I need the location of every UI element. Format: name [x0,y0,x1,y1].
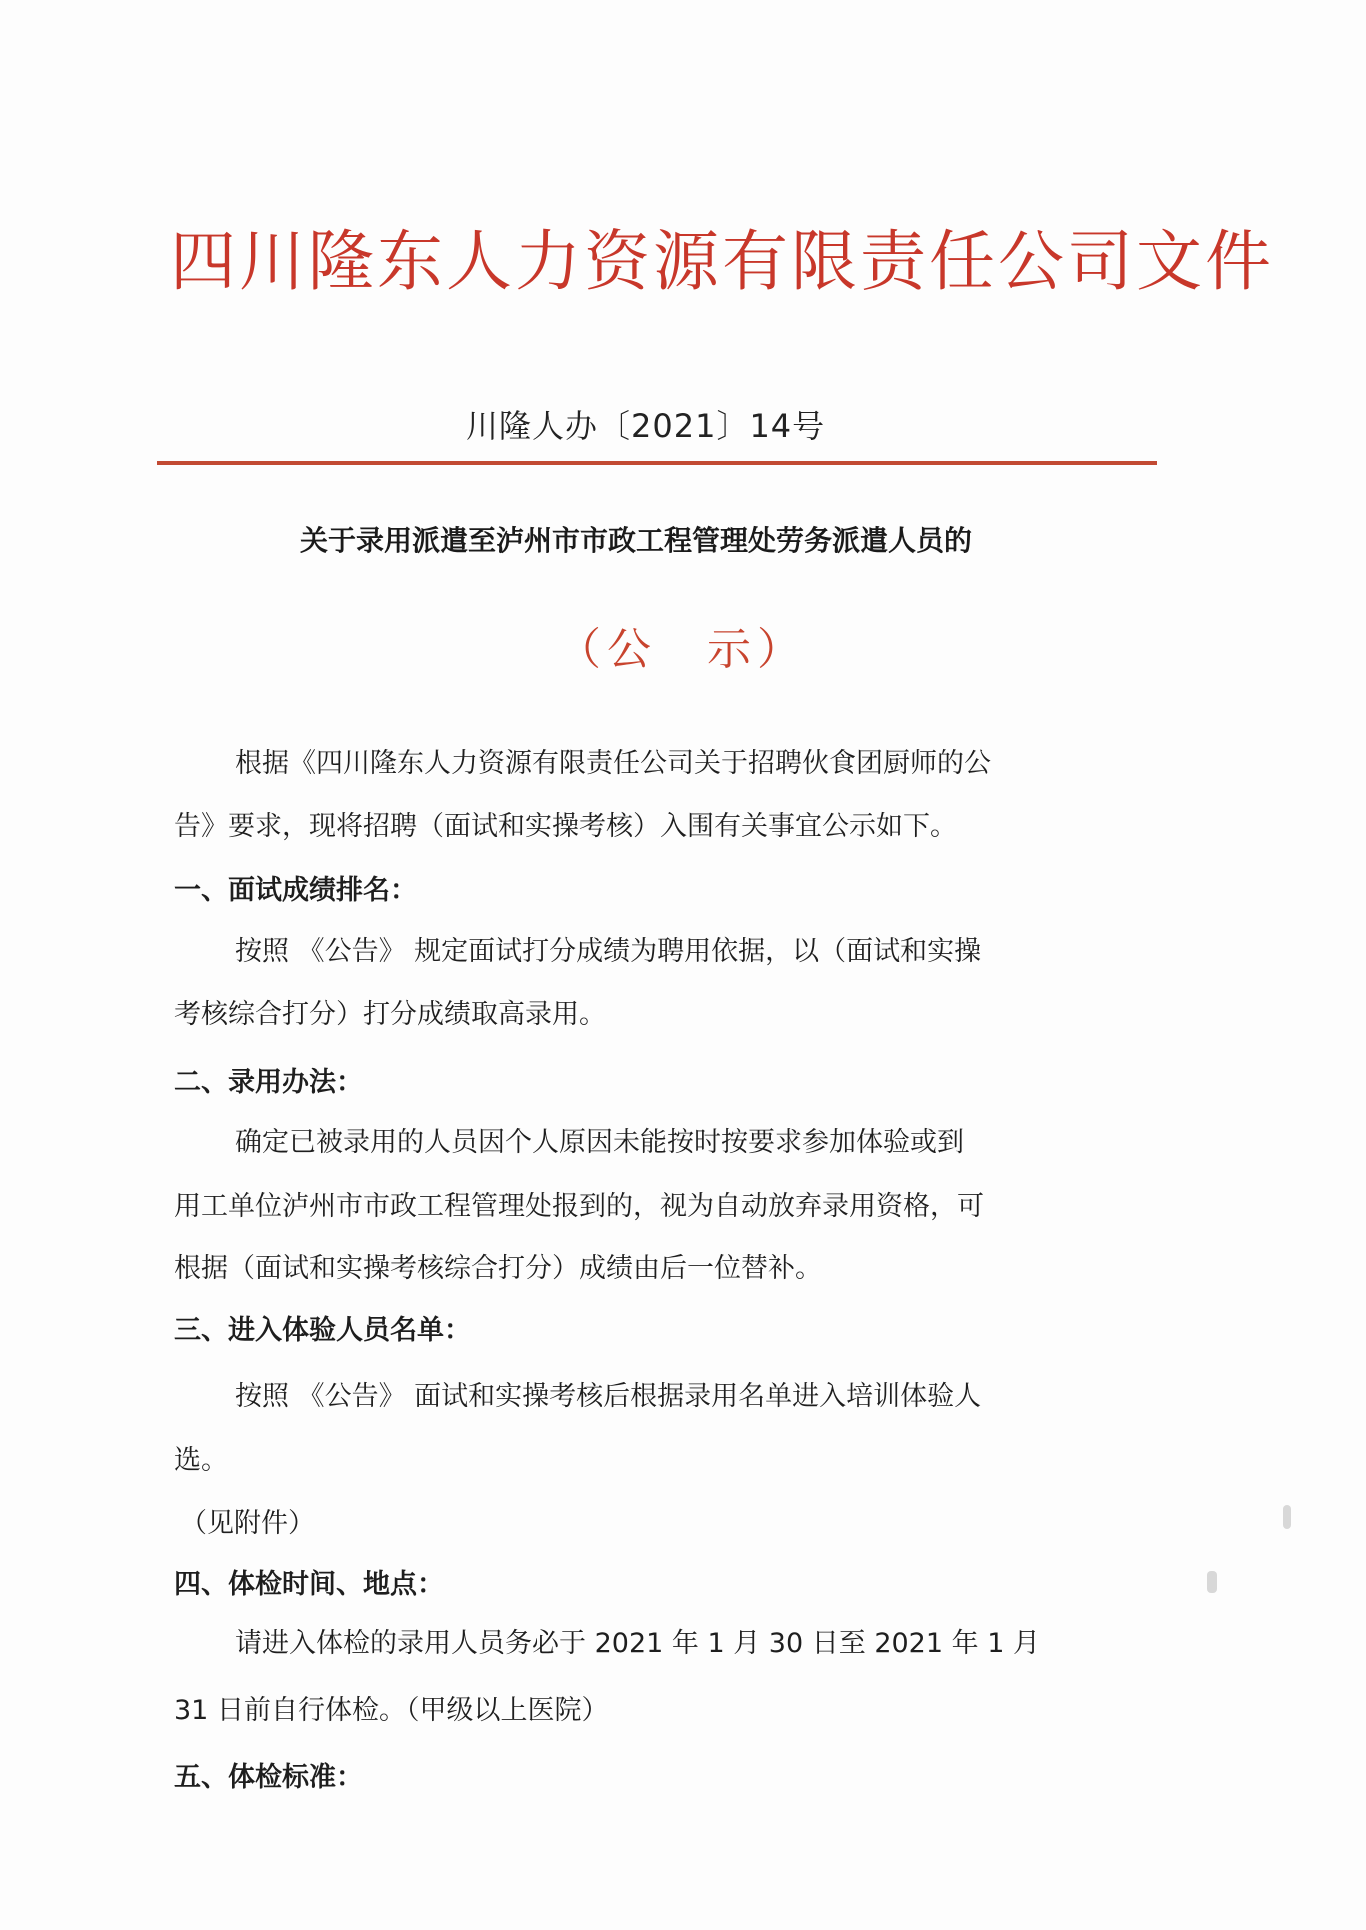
section-2-line-3: 根据（面试和实操考核综合打分）成绩由后一位替补。 [174,1252,822,1286]
org-title: 四川隆东人力资源有限责任公司文件 [170,222,1145,302]
section-5-heading: 五、体检标准： [174,1761,363,1795]
intro-line-1: 根据《四川隆东人力资源有限责任公司关于招聘伙食团厨师的公 [235,747,991,781]
section-4-heading: 四、体检时间、地点： [174,1568,444,1602]
notice-label: （公 示） [557,622,807,678]
scan-speck [1207,1571,1217,1593]
red-divider [157,461,1157,465]
subject-line: 关于录用派遣至泸州市市政工程管理处劳务派遣人员的 [300,523,972,559]
attachment-note: （见附件） [180,1507,315,1541]
scan-speck [1283,1505,1291,1529]
section-2-line-2: 用工单位泸州市市政工程管理处报到的，视为自动放弃录用资格，可 [174,1190,984,1224]
section-3-line-1: 按照 《公告》 面试和实操考核后根据录用名单进入培训体验人 [235,1380,981,1414]
document-number: 川隆人办〔2021〕14号 [466,406,825,446]
section-3-heading: 三、进入体验人员名单： [174,1314,471,1348]
section-1-heading: 一、面试成绩排名： [174,874,417,908]
section-2-heading: 二、录用办法： [174,1066,363,1100]
section-1-line-2: 考核综合打分）打分成绩取高录用。 [174,998,606,1032]
intro-line-2: 告》要求，现将招聘（面试和实操考核）入围有关事宜公示如下。 [174,810,957,844]
section-1-line-1: 按照 《公告》 规定面试打分成绩为聘用依据，以（面试和实操 [235,935,981,969]
section-2-line-1: 确定已被录用的人员因个人原因未能按时按要求参加体验或到 [235,1126,964,1160]
section-3-line-2: 选。 [174,1444,228,1478]
section-4-line-1: 请进入体检的录用人员务必于 2021 年 1 月 30 日至 2021 年 1 … [235,1627,1040,1661]
section-4-line-2: 31 日前自行体检。（甲级以上医院） [174,1694,608,1728]
